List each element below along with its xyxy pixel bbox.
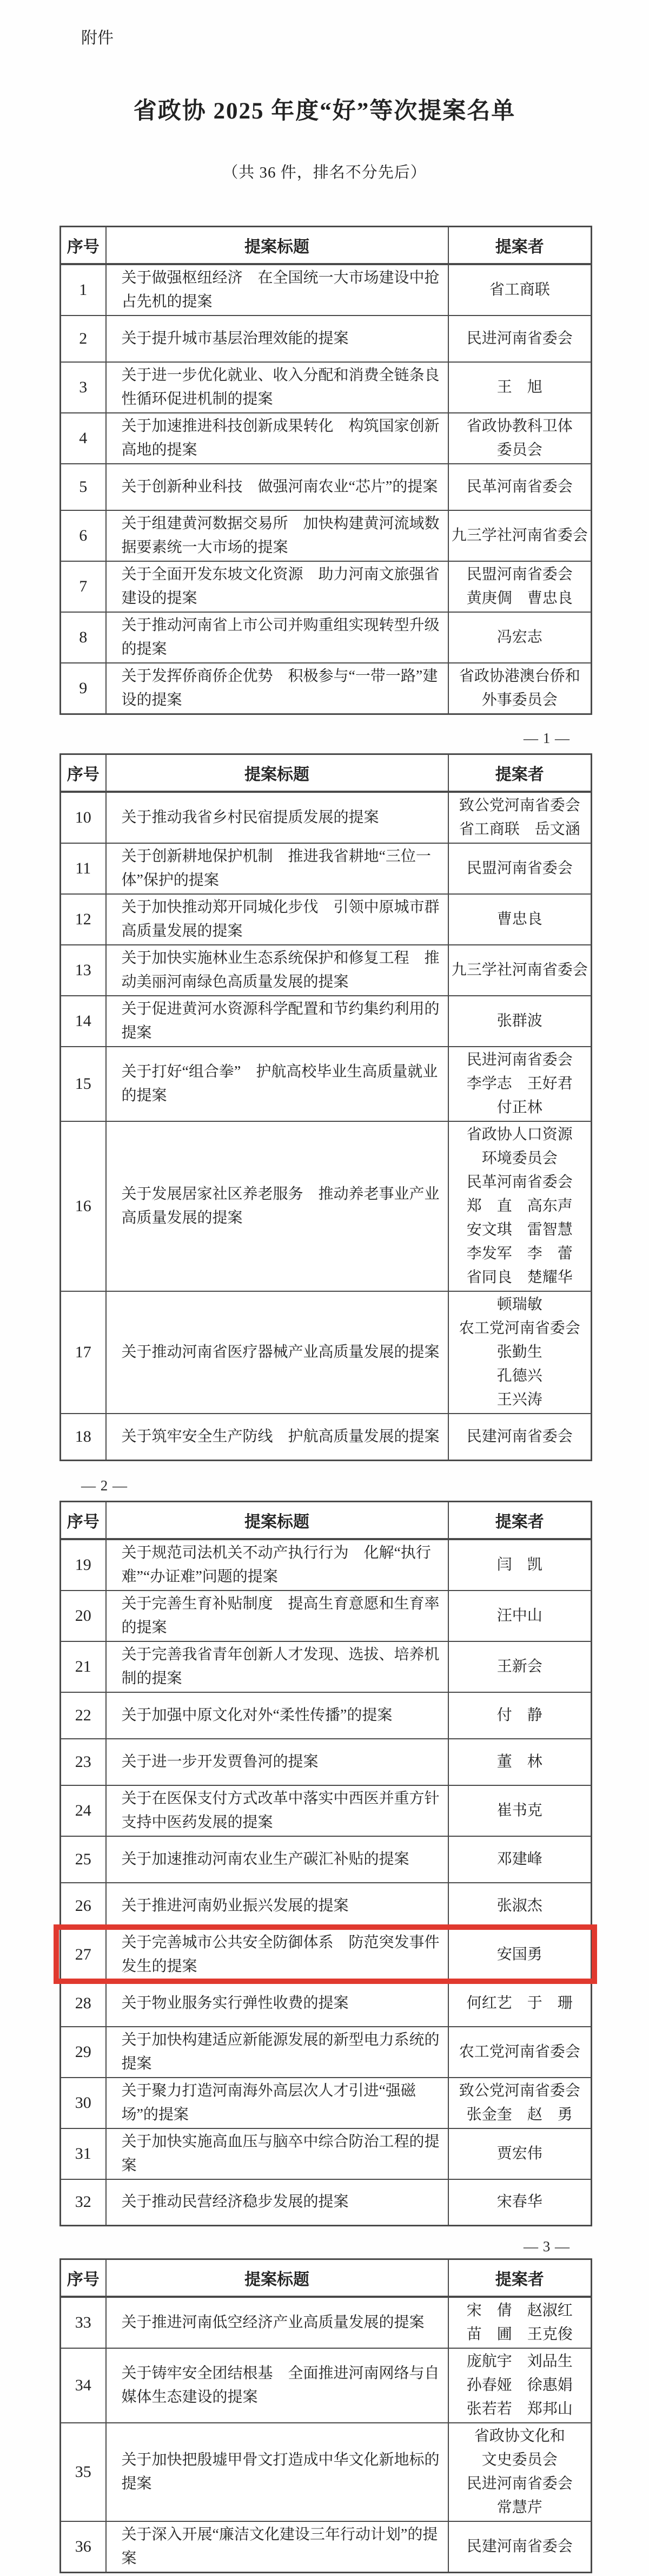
proposal-proposer: 宋春华	[448, 2179, 592, 2226]
proposal-title: 关于深入开展“廉洁文化建设三年行动计划”的提案	[106, 2521, 448, 2573]
proposal-title: 关于促进黄河水资源科学配置和节约集约利用的提案	[106, 996, 448, 1047]
proposal-title: 关于物业服务实行弹性收费的提案	[106, 1980, 448, 2027]
proposal-proposer: 民盟河南省委会	[448, 843, 592, 894]
table-row: 10关于推动我省乡村民宿提质发展的提案致公党河南省委会 省工商联 岳文涵	[61, 792, 592, 843]
table-row: 25关于加速推动河南农业生产碳汇补贴的提案邓建峰	[61, 1836, 592, 1883]
table-header-row: 序号 提案标题 提案者	[61, 754, 592, 792]
row-number: 5	[61, 464, 106, 510]
proposal-proposer: 省政协文化和 文史委员会 民进河南省委会 常慧芹	[448, 2423, 592, 2521]
proposal-proposer: 冯宏志	[448, 612, 592, 663]
proposal-proposer: 崔书克	[448, 1785, 592, 1836]
proposal-proposer: 曹忠良	[448, 894, 592, 945]
proposal-title: 关于推动我省乡村民宿提质发展的提案	[106, 792, 448, 843]
row-number: 28	[61, 1980, 106, 2027]
header-proposer: 提案者	[448, 2259, 592, 2297]
proposal-proposer: 民建河南省委会	[448, 2521, 592, 2573]
table-row: 35关于加快把殷墟甲骨文打造成中华文化新地标的提案省政协文化和 文史委员会 民进…	[61, 2423, 592, 2521]
proposal-proposer: 张群波	[448, 996, 592, 1047]
header-proposer: 提案者	[448, 227, 592, 265]
table-row: 16关于发展居家社区养老服务 推动养老事业产业高质量发展的提案省政协人口资源 环…	[61, 1121, 592, 1291]
table-row: 7关于全面开发东坡文化资源 助力河南文旅强省建设的提案民盟河南省委会 黄庚倜 曹…	[61, 561, 592, 612]
row-number: 4	[61, 413, 106, 464]
proposal-proposer: 王新会	[448, 1641, 592, 1692]
proposal-proposer: 民盟河南省委会 黄庚倜 曹忠良	[448, 561, 592, 612]
proposal-proposer: 致公党河南省委会 省工商联 岳文涵	[448, 792, 592, 843]
table-row: 20关于完善生育补贴制度 提高生育意愿和生育率的提案汪中山	[61, 1591, 592, 1641]
proposal-title: 关于发挥侨商侨企优势 积极参与“一带一路”建设的提案	[106, 663, 448, 714]
header-index: 序号	[61, 754, 106, 792]
proposal-title: 关于发展居家社区养老服务 推动养老事业产业高质量发展的提案	[106, 1121, 448, 1291]
page-number-1: — 1 —	[0, 730, 649, 747]
row-number: 21	[61, 1641, 106, 1692]
proposal-title: 关于聚力打造河南海外高层次人才引进“强磁场”的提案	[106, 2078, 448, 2128]
row-number: 1	[61, 264, 106, 316]
table-row: 29关于加快构建适应新能源发展的新型电力系统的提案农工党河南省委会	[61, 2027, 592, 2078]
table-row: 30关于聚力打造河南海外高层次人才引进“强磁场”的提案致公党河南省委会 张金奎 …	[61, 2078, 592, 2128]
row-number: 33	[61, 2297, 106, 2348]
header-title: 提案标题	[106, 1501, 448, 1539]
proposal-proposer: 张淑杰	[448, 1883, 592, 1929]
table-row: 13关于加快实施林业生态系统保护和修复工程 推动美丽河南绿色高质量发展的提案九三…	[61, 945, 592, 996]
row-number: 23	[61, 1739, 106, 1785]
page-number-3: — 3 —	[0, 2238, 649, 2255]
proposal-proposer: 顿瑞敏 农工党河南省委会 张勤生 孔德兴 王兴涛	[448, 1291, 592, 1414]
table-row: 14关于促进黄河水资源科学配置和节约集约利用的提案张群波	[61, 996, 592, 1047]
proposal-proposer: 九三学社河南省委会	[448, 945, 592, 996]
row-number: 7	[61, 561, 106, 612]
table-row: 33关于推进河南低空经济产业高质量发展的提案宋 倩 赵淑红 苗 圃 王克俊	[61, 2297, 592, 2348]
table-row: 34关于铸牢安全团结根基 全面推进河南网络与自媒体生态建设的提案庞航宇 刘品生 …	[61, 2348, 592, 2423]
row-number: 24	[61, 1785, 106, 1836]
proposal-title: 关于打好“组合拳” 护航高校毕业生高质量就业的提案	[106, 1047, 448, 1121]
proposal-title: 关于加速推进科技创新成果转化 构筑国家创新高地的提案	[106, 413, 448, 464]
table-row: 2关于提升城市基层治理效能的提案民进河南省委会	[61, 316, 592, 362]
proposal-proposer: 省工商联	[448, 264, 592, 316]
table-row: 15关于打好“组合拳” 护航高校毕业生高质量就业的提案民进河南省委会 李学志 王…	[61, 1047, 592, 1121]
proposal-proposer: 邓建峰	[448, 1836, 592, 1883]
proposal-title: 关于进一步开发贾鲁河的提案	[106, 1739, 448, 1785]
proposal-title: 关于推进河南低空经济产业高质量发展的提案	[106, 2297, 448, 2348]
attachment-label: 附件	[81, 0, 649, 47]
proposal-proposer: 民建河南省委会	[448, 1414, 592, 1460]
proposal-proposer: 何红艺 于 珊	[448, 1980, 592, 2027]
table-row: 23关于进一步开发贾鲁河的提案董 林	[61, 1739, 592, 1785]
table-row: 18关于筑牢安全生产防线 护航高质量发展的提案民建河南省委会	[61, 1414, 592, 1460]
proposal-title: 关于推动河南省上市公司并购重组实现转型升级的提案	[106, 612, 448, 663]
proposal-table-page-3: 序号 提案标题 提案者 19关于规范司法机关不动产执行行为 化解“执行难”“办证…	[59, 1501, 592, 2227]
proposal-title: 关于加快构建适应新能源发展的新型电力系统的提案	[106, 2027, 448, 2078]
header-proposer: 提案者	[448, 1501, 592, 1539]
doc-subtitle: （共 36 件，排名不分先后）	[0, 160, 649, 182]
row-number: 15	[61, 1047, 106, 1121]
page-number-2: — 2 —	[0, 1477, 649, 1494]
row-number: 3	[61, 362, 106, 413]
row-number: 2	[61, 316, 106, 362]
proposal-title: 关于加强中原文化对外“柔性传播”的提案	[106, 1692, 448, 1739]
proposal-title: 关于铸牢安全团结根基 全面推进河南网络与自媒体生态建设的提案	[106, 2348, 448, 2423]
proposal-title: 关于加速推动河南农业生产碳汇补贴的提案	[106, 1836, 448, 1883]
row-number: 13	[61, 945, 106, 996]
proposal-title: 关于推进河南奶业振兴发展的提案	[106, 1883, 448, 1929]
proposal-proposer: 农工党河南省委会	[448, 2027, 592, 2078]
row-number: 27	[61, 1929, 106, 1980]
proposal-title: 关于提升城市基层治理效能的提案	[106, 316, 448, 362]
header-index: 序号	[61, 2259, 106, 2297]
table-header-row: 序号 提案标题 提案者	[61, 227, 592, 265]
header-index: 序号	[61, 227, 106, 265]
proposal-title: 关于全面开发东坡文化资源 助力河南文旅强省建设的提案	[106, 561, 448, 612]
proposal-proposer: 省政协港澳台侨和 外事委员会	[448, 663, 592, 714]
row-number: 32	[61, 2179, 106, 2226]
row-number: 31	[61, 2128, 106, 2179]
proposal-proposer: 汪中山	[448, 1591, 592, 1641]
row-number: 20	[61, 1591, 106, 1641]
table-row: 27关于完善城市公共安全防御体系 防范突发事件发生的提案安国勇	[61, 1929, 592, 1980]
proposal-title: 关于推动河南省医疗器械产业高质量发展的提案	[106, 1291, 448, 1414]
row-number: 30	[61, 2078, 106, 2128]
proposal-title: 关于加快实施高血压与脑卒中综合防治工程的提案	[106, 2128, 448, 2179]
proposal-proposer: 省政协人口资源 环境委员会 民革河南省委会 郑 直 高东声 安文琪 雷智慧 李发…	[448, 1121, 592, 1291]
proposal-proposer: 致公党河南省委会 张金奎 赵 勇	[448, 2078, 592, 2128]
table-row: 26关于推进河南奶业振兴发展的提案张淑杰	[61, 1883, 592, 1929]
row-number: 35	[61, 2423, 106, 2521]
proposal-proposer: 付 静	[448, 1692, 592, 1739]
row-number: 19	[61, 1539, 106, 1591]
table-row: 22关于加强中原文化对外“柔性传播”的提案付 静	[61, 1692, 592, 1739]
row-number: 17	[61, 1291, 106, 1414]
proposal-title: 关于加快实施林业生态系统保护和修复工程 推动美丽河南绿色高质量发展的提案	[106, 945, 448, 996]
proposal-proposer: 民进河南省委会	[448, 316, 592, 362]
proposal-proposer: 九三学社河南省委会	[448, 510, 592, 561]
proposal-title: 关于创新种业科技 做强河南农业“芯片”的提案	[106, 464, 448, 510]
proposal-proposer: 王 旭	[448, 362, 592, 413]
proposal-title: 关于筑牢安全生产防线 护航高质量发展的提案	[106, 1414, 448, 1460]
document-page: 附件 省政协 2025 年度“好”等次提案名单 （共 36 件，排名不分先后） …	[0, 0, 649, 2576]
table-row: 4关于加速推进科技创新成果转化 构筑国家创新高地的提案省政协教科卫体 委员会	[61, 413, 592, 464]
proposal-proposer: 省政协教科卫体 委员会	[448, 413, 592, 464]
proposal-proposer: 董 林	[448, 1739, 592, 1785]
row-number: 11	[61, 843, 106, 894]
proposal-title: 关于规范司法机关不动产执行行为 化解“执行难”“办证难”问题的提案	[106, 1539, 448, 1591]
proposal-proposer: 闫 凯	[448, 1539, 592, 1591]
proposal-title: 关于加快把殷墟甲骨文打造成中华文化新地标的提案	[106, 2423, 448, 2521]
table-row: 8关于推动河南省上市公司并购重组实现转型升级的提案冯宏志	[61, 612, 592, 663]
row-number: 10	[61, 792, 106, 843]
row-number: 9	[61, 663, 106, 714]
table-row: 24关于在医保支付方式改革中落实中西医并重方针 支持中医药发展的提案崔书克	[61, 1785, 592, 1836]
table-header-row: 序号 提案标题 提案者	[61, 2259, 592, 2297]
table-row: 19关于规范司法机关不动产执行行为 化解“执行难”“办证难”问题的提案闫 凯	[61, 1539, 592, 1591]
table-row: 12关于加快推动郑开同城化步伐 引领中原城市群高质量发展的提案曹忠良	[61, 894, 592, 945]
table-row: 28关于物业服务实行弹性收费的提案何红艺 于 珊	[61, 1980, 592, 2027]
table-row: 32关于推动民营经济稳步发展的提案宋春华	[61, 2179, 592, 2226]
row-number: 14	[61, 996, 106, 1047]
proposal-table-page-4: 序号 提案标题 提案者 33关于推进河南低空经济产业高质量发展的提案宋 倩 赵淑…	[59, 2258, 592, 2573]
header-proposer: 提案者	[448, 754, 592, 792]
proposal-title: 关于进一步优化就业、收入分配和消费全链条良性循环促进机制的提案	[106, 362, 448, 413]
header-index: 序号	[61, 1501, 106, 1539]
proposal-proposer: 安国勇	[448, 1929, 592, 1980]
proposal-title: 关于完善我省青年创新人才发现、选拔、培养机制的提案	[106, 1641, 448, 1692]
row-number: 26	[61, 1883, 106, 1929]
proposal-proposer: 民进河南省委会 李学志 王好君 付正林	[448, 1047, 592, 1121]
proposal-proposer: 民革河南省委会	[448, 464, 592, 510]
proposal-table-page-2: 序号 提案标题 提案者 10关于推动我省乡村民宿提质发展的提案致公党河南省委会 …	[59, 753, 592, 1461]
proposal-title: 关于加快推动郑开同城化步伐 引领中原城市群高质量发展的提案	[106, 894, 448, 945]
header-title: 提案标题	[106, 227, 448, 265]
table-row: 6关于组建黄河数据交易所 加快构建黄河流域数据要素统一大市场的提案九三学社河南省…	[61, 510, 592, 561]
row-number: 12	[61, 894, 106, 945]
proposal-title: 关于创新耕地保护机制 推进我省耕地“三位一体”保护的提案	[106, 843, 448, 894]
table-row: 5关于创新种业科技 做强河南农业“芯片”的提案民革河南省委会	[61, 464, 592, 510]
header-title: 提案标题	[106, 2259, 448, 2297]
proposal-proposer: 宋 倩 赵淑红 苗 圃 王克俊	[448, 2297, 592, 2348]
table-row: 9关于发挥侨商侨企优势 积极参与“一带一路”建设的提案省政协港澳台侨和 外事委员…	[61, 663, 592, 714]
proposal-proposer: 贾宏伟	[448, 2128, 592, 2179]
proposal-title: 关于完善城市公共安全防御体系 防范突发事件发生的提案	[106, 1929, 448, 1980]
proposal-title: 关于在医保支付方式改革中落实中西医并重方针 支持中医药发展的提案	[106, 1785, 448, 1836]
proposal-table-page-1: 序号 提案标题 提案者 1关于做强枢纽经济 在全国统一大市场建设中抢占先机的提案…	[59, 226, 592, 715]
proposal-proposer: 庞航宇 刘品生 孙春娅 徐惠娟 张若若 郑邦山	[448, 2348, 592, 2423]
row-number: 22	[61, 1692, 106, 1739]
header-title: 提案标题	[106, 754, 448, 792]
table-row: 36关于深入开展“廉洁文化建设三年行动计划”的提案民建河南省委会	[61, 2521, 592, 2573]
proposal-title: 关于完善生育补贴制度 提高生育意愿和生育率的提案	[106, 1591, 448, 1641]
table-row: 11关于创新耕地保护机制 推进我省耕地“三位一体”保护的提案民盟河南省委会	[61, 843, 592, 894]
row-number: 36	[61, 2521, 106, 2573]
row-number: 18	[61, 1414, 106, 1460]
row-number: 25	[61, 1836, 106, 1883]
proposal-title: 关于做强枢纽经济 在全国统一大市场建设中抢占先机的提案	[106, 264, 448, 316]
table-row: 1关于做强枢纽经济 在全国统一大市场建设中抢占先机的提案省工商联	[61, 264, 592, 316]
proposal-title: 关于组建黄河数据交易所 加快构建黄河流域数据要素统一大市场的提案	[106, 510, 448, 561]
table-row: 17关于推动河南省医疗器械产业高质量发展的提案顿瑞敏 农工党河南省委会 张勤生 …	[61, 1291, 592, 1414]
row-number: 34	[61, 2348, 106, 2423]
table-row: 31关于加快实施高血压与脑卒中综合防治工程的提案贾宏伟	[61, 2128, 592, 2179]
row-number: 6	[61, 510, 106, 561]
row-number: 16	[61, 1121, 106, 1291]
row-number: 29	[61, 2027, 106, 2078]
doc-title: 省政协 2025 年度“好”等次提案名单	[0, 93, 649, 126]
table-row: 3关于进一步优化就业、收入分配和消费全链条良性循环促进机制的提案王 旭	[61, 362, 592, 413]
table-header-row: 序号 提案标题 提案者	[61, 1501, 592, 1539]
row-number: 8	[61, 612, 106, 663]
proposal-title: 关于推动民营经济稳步发展的提案	[106, 2179, 448, 2226]
table-row: 21关于完善我省青年创新人才发现、选拔、培养机制的提案王新会	[61, 1641, 592, 1692]
